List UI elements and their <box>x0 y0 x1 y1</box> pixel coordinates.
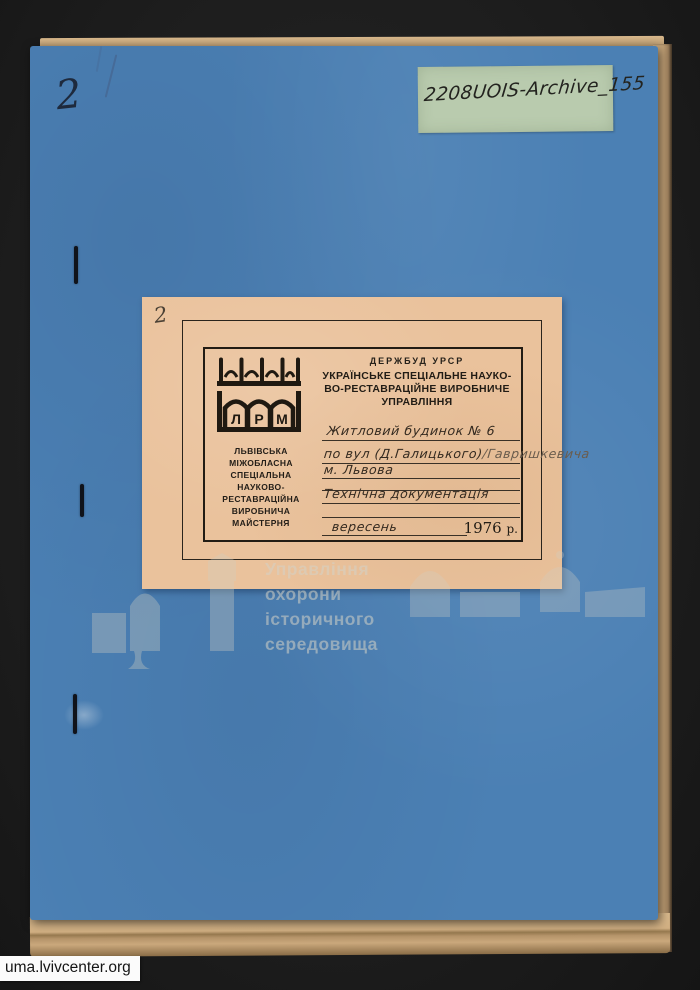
binding-staple <box>80 484 84 517</box>
pencil-mark <box>96 46 102 72</box>
year-suffix: р. <box>507 522 519 536</box>
archive-code: 2208UOIS-Archive_155 <box>423 75 613 106</box>
handwritten-page-number: 2 <box>54 71 84 119</box>
handwritten-doc-type: Технічна документація <box>323 486 490 501</box>
workshop-logo: Л Р М <box>216 357 302 433</box>
ruled-line <box>322 440 520 441</box>
workshop-name-line: СПЕЦІАЛЬНА <box>206 469 316 481</box>
workshop-name-line: МАЙСТЕРНЯ <box>206 517 316 529</box>
department-header-line: УПРАВЛІННЯ <box>314 396 520 409</box>
department-header-line: УКРАЇНСЬКЕ СПЕЦІАЛЬНЕ НАУКО- <box>314 370 520 383</box>
workshop-name-line: ВИРОБНИЧА <box>206 505 316 517</box>
watermark-line: історичного <box>265 607 378 632</box>
department-header: УКРАЇНСЬКЕ СПЕЦІАЛЬНЕ НАУКО- ВО-РЕСТАВРА… <box>314 370 520 409</box>
folder-cover: 2 2208UOIS-Archive_155 2 <box>30 46 658 920</box>
pencil-mark <box>105 54 118 97</box>
source-site-label: uma.lvivcenter.org <box>0 956 140 981</box>
workshop-name-line: НАУКОВО- <box>206 481 316 493</box>
handwritten-city: м. Львова <box>323 462 394 477</box>
ruled-line <box>322 478 520 479</box>
ministry-header: ДЕРЖБУД УРСР <box>322 356 512 366</box>
handwritten-address-addition: /Гавришкевича <box>482 446 591 461</box>
handwritten-address-main: по вул (Д.Галицького) <box>323 446 483 461</box>
workshop-name: ЛЬВІВСЬКА МІЖОБЛАСНА СПЕЦІАЛЬНА НАУКОВО-… <box>206 445 316 529</box>
date-year: 1976 р. <box>430 519 518 537</box>
year-value: 1976 <box>464 519 502 537</box>
logo-letter: Л <box>231 411 241 427</box>
wear-mark <box>64 700 104 730</box>
ruled-line <box>322 503 520 504</box>
logo-letter: Р <box>254 411 263 427</box>
logo-letter: М <box>276 411 288 427</box>
title-card: 2 <box>142 297 562 589</box>
workshop-name-line: МІЖОБЛАСНА <box>206 457 316 469</box>
binding-staple <box>74 246 78 284</box>
handwritten-object-title: Житловий будинок № 6 <box>326 423 496 438</box>
workshop-name-line: ЛЬВІВСЬКА <box>206 445 316 457</box>
binding-staple <box>73 694 77 734</box>
watermark-line: середовища <box>265 632 378 657</box>
department-header-line: ВО-РЕСТАВРАЦІЙНЕ ВИРОБНИЧЕ <box>314 383 520 396</box>
ruled-line <box>322 517 520 518</box>
handwritten-month: вересень <box>331 519 398 534</box>
archive-photo: 2 2208UOIS-Archive_155 2 <box>0 0 700 990</box>
card-corner-number: 2 <box>152 302 169 328</box>
handwritten-address: по вул (Д.Галицького)/Гавришкевича <box>323 446 590 461</box>
archive-code-sticker: 2208UOIS-Archive_155 <box>418 65 614 133</box>
workshop-name-line: РЕСТАВРАЦІЙНА <box>206 493 316 505</box>
